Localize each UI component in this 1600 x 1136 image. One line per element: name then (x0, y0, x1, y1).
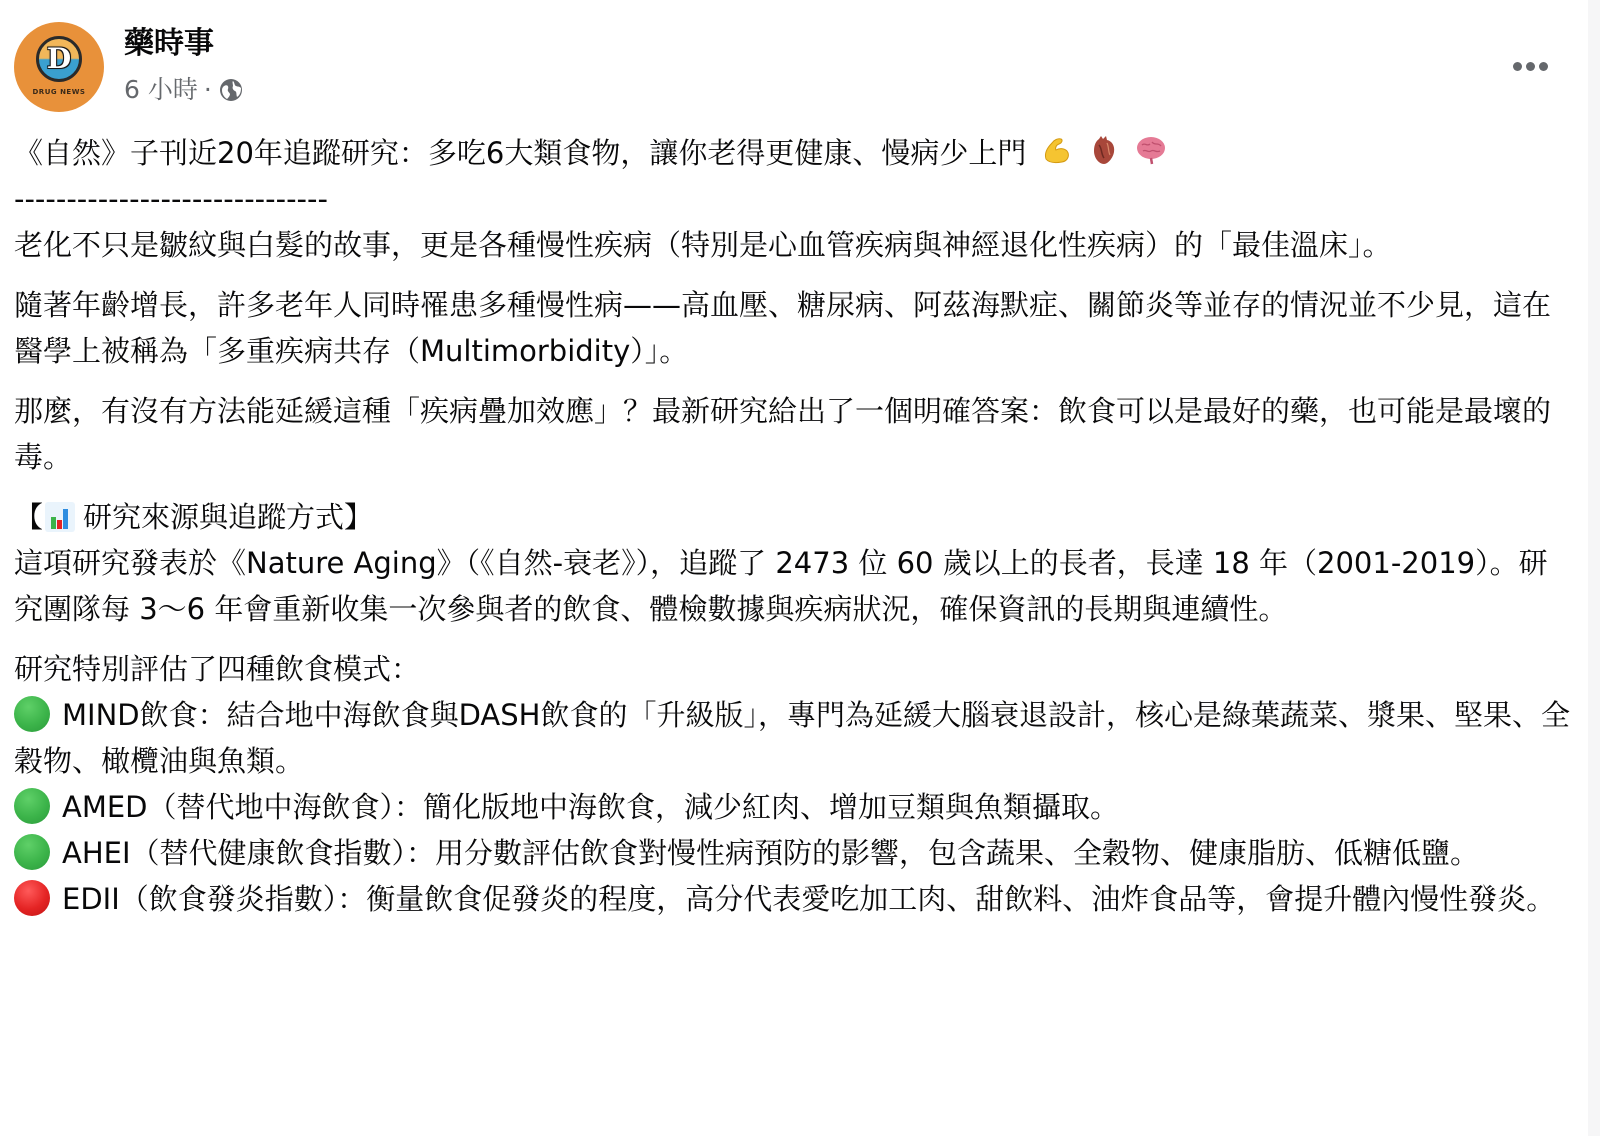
avatar-caption: DRUG NEWS (14, 88, 104, 96)
section-heading-text: 研究來源與追蹤方式】 (83, 500, 373, 534)
more-dot-icon (1526, 62, 1535, 71)
facebook-post: D DRUG NEWS 藥時事 6 小時 · 《自然》子刊近20年追蹤研究： (0, 0, 1588, 1136)
diet-item-text: AHEI（替代健康飲食指數）：用分數評估飲食對慢性病預防的影響，包含蔬果、全穀物… (62, 836, 1479, 870)
paragraph: 老化不只是皺紋與白髮的故事，更是各種慢性疾病（特別是心血管疾病與神經退化性疾病）… (14, 222, 1574, 268)
flexed-biceps-icon (1040, 133, 1074, 167)
more-dot-icon (1539, 62, 1548, 71)
post-header: D DRUG NEWS 藥時事 6 小時 · (14, 22, 1574, 114)
more-dot-icon (1513, 62, 1522, 71)
paragraph: 隨著年齡增長，許多老年人同時罹患多種慢性病——高血壓、糖尿病、阿茲海默症、關節炎… (14, 282, 1574, 374)
diet-item-amed: AMED（替代地中海飲食）：簡化版地中海飲食，減少紅肉、增加豆類與魚類攝取。 (14, 784, 1574, 830)
meta-separator: · (204, 72, 212, 108)
red-circle-icon (14, 880, 50, 916)
diet-item-text: MIND飲食：結合地中海飲食與DASH飲食的「升級版」，專門為延緩大腦衰退設計，… (14, 698, 1570, 778)
page-name-link[interactable]: 藥時事 (124, 24, 214, 64)
green-circle-icon (14, 834, 50, 870)
text-divider: ------------------------------ (14, 176, 1574, 222)
diet-item-text: AMED（替代地中海飲食）：簡化版地中海飲食，減少紅肉、增加豆類與魚類攝取。 (62, 790, 1119, 824)
diet-item-mind: MIND飲食：結合地中海飲食與DASH飲食的「升級版」，專門為延緩大腦衰退設計，… (14, 692, 1574, 784)
diet-item-text: EDII（飲食發炎指數）：衡量飲食促發炎的程度，高分代表愛吃加工肉、甜飲料、油炸… (62, 882, 1555, 916)
diet-item-ahei: AHEI（替代健康飲食指數）：用分數評估飲食對慢性病預防的影響，包含蔬果、全穀物… (14, 830, 1574, 876)
section-heading: 【研究來源與追蹤方式】 (14, 494, 1574, 540)
diet-intro: 研究特別評估了四種飲食模式： (14, 646, 1574, 692)
post-timestamp-link[interactable]: 6 小時 (124, 72, 198, 108)
globe-icon[interactable] (218, 77, 244, 103)
anatomical-heart-icon (1087, 133, 1121, 167)
bar-chart-icon (45, 502, 75, 532)
green-circle-icon (14, 788, 50, 824)
post-body: 《自然》子刊近20年追蹤研究：多吃6大類食物，讓你老得更健康、慢病少上門 (14, 130, 1574, 922)
more-options-button[interactable] (1492, 44, 1568, 88)
green-circle-icon (14, 696, 50, 732)
diet-item-edii: EDII（飲食發炎指數）：衡量飲食促發炎的程度，高分代表愛吃加工肉、甜飲料、油炸… (14, 876, 1574, 922)
post-title: 《自然》子刊近20年追蹤研究：多吃6大類食物，讓你老得更健康、慢病少上門 (14, 136, 1026, 170)
section-open-bracket: 【 (14, 500, 43, 534)
post-title-line: 《自然》子刊近20年追蹤研究：多吃6大類食物，讓你老得更健康、慢病少上門 (14, 130, 1574, 176)
study-description: 這項研究發表於《Nature Aging》（《自然-衰老》），追蹤了 2473 … (14, 540, 1574, 632)
page-avatar[interactable]: D DRUG NEWS (14, 22, 104, 112)
page-scroll-gutter (1588, 0, 1600, 1136)
post-meta: 6 小時 · (124, 72, 244, 108)
paragraph: 那麼，有沒有方法能延緩這種「疾病疊加效應」？最新研究給出了一個明確答案：飲食可以… (14, 388, 1574, 480)
brain-icon (1134, 133, 1168, 167)
drug-news-logo-icon: D (36, 36, 82, 82)
